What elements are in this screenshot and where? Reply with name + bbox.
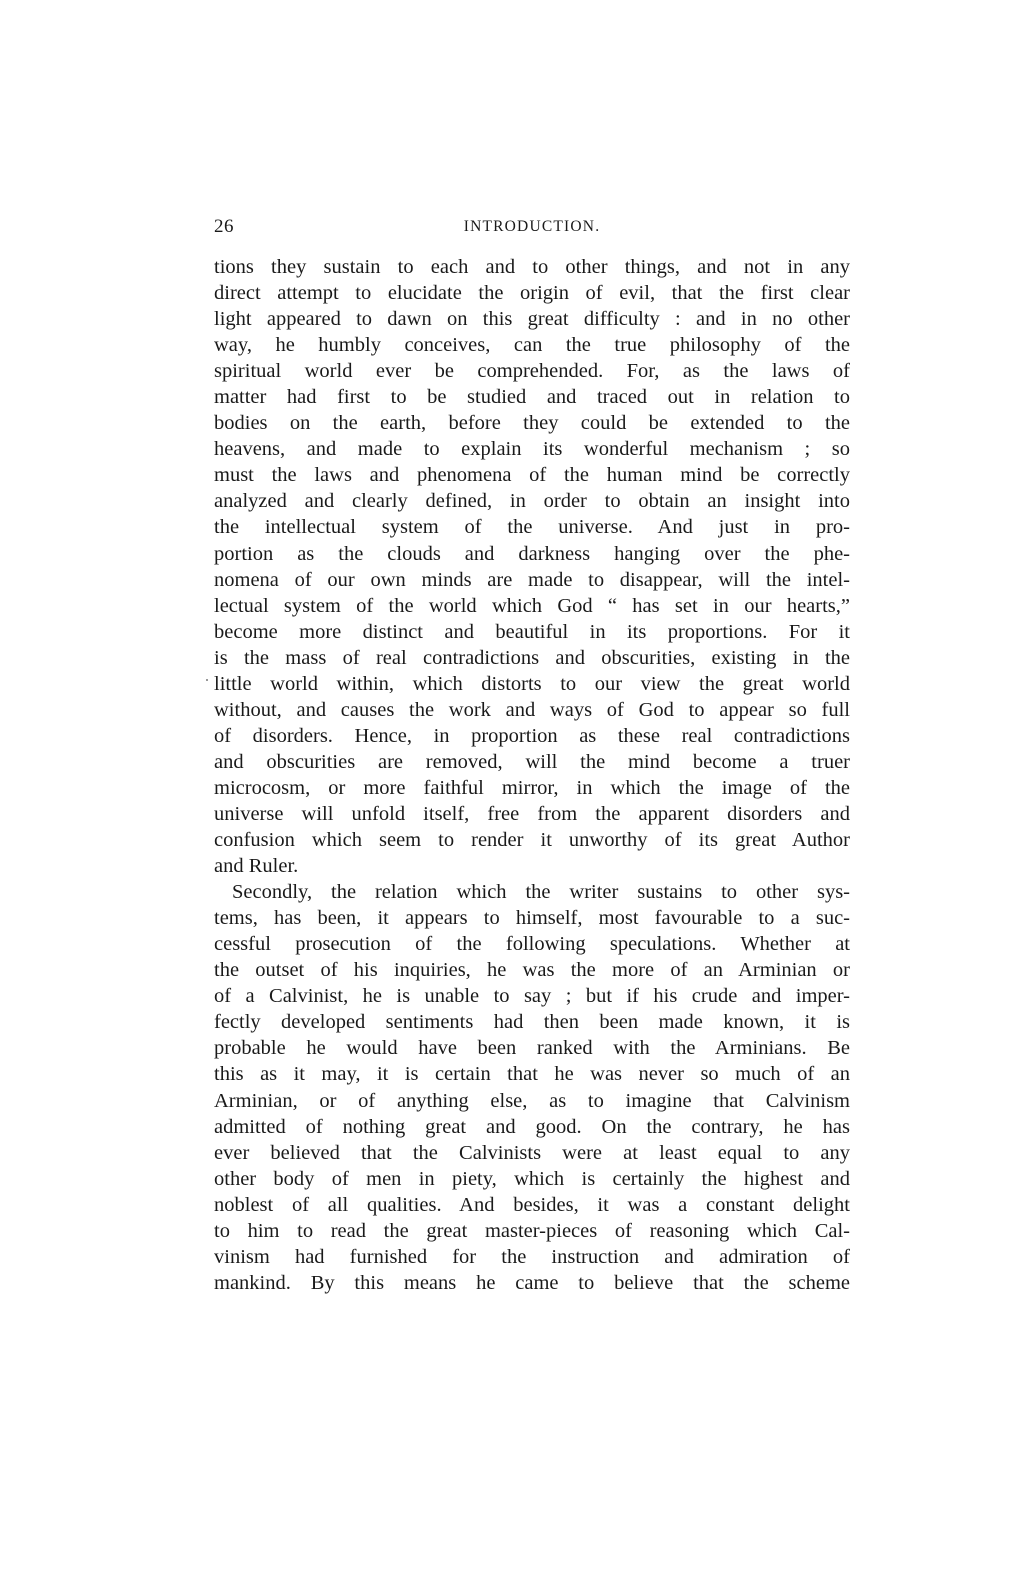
text-line: probable he would have been ranked with … bbox=[214, 1035, 850, 1061]
text-line: direct attempt to elucidate the origin o… bbox=[214, 280, 850, 306]
text-line: spiritual world ever be comprehended. Fo… bbox=[214, 358, 850, 384]
text-line: become more distinct and beautiful in it… bbox=[214, 619, 850, 645]
print-speck bbox=[402, 889, 404, 891]
text-line: lectual system of the world which God “ … bbox=[214, 593, 850, 619]
text-line: the intellectual system of the universe.… bbox=[214, 514, 850, 540]
text-line: way, he humbly conceives, can the true p… bbox=[214, 332, 850, 358]
text-line: fectly developed sentiments had then bee… bbox=[214, 1009, 850, 1035]
text-line: tions they sustain to each and to other … bbox=[214, 254, 850, 280]
text-line: without, and causes the work and ways of… bbox=[214, 697, 850, 723]
text-line: admitted of nothing great and good. On t… bbox=[214, 1114, 850, 1140]
text-line: analyzed and clearly defined, in order t… bbox=[214, 488, 850, 514]
text-line: cessful prosecution of the following spe… bbox=[214, 931, 850, 957]
text-line: must the laws and phenomena of the human… bbox=[214, 462, 850, 488]
paragraph-1: tions they sustain to each and to other … bbox=[214, 254, 850, 879]
body-text: tions they sustain to each and to other … bbox=[214, 254, 850, 1296]
text-line: tems, has been, it appears to himself, m… bbox=[214, 905, 850, 931]
text-line: confusion which seem to render it unwort… bbox=[214, 827, 850, 853]
running-title: INTRODUCTION. bbox=[214, 218, 850, 236]
paragraph-2: Secondly, the relation which the writer … bbox=[214, 879, 850, 1296]
text-line: other body of men in piety, which is cer… bbox=[214, 1166, 850, 1192]
book-page: 26 INTRODUCTION. tions they sustain to e… bbox=[0, 0, 1011, 1580]
text-line: and Ruler. bbox=[214, 853, 850, 879]
text-line: of disorders. Hence, in proportion as th… bbox=[214, 723, 850, 749]
text-line: vinism had furnished for the instruction… bbox=[214, 1244, 850, 1270]
text-line: Arminian, or of anything else, as to ima… bbox=[214, 1088, 850, 1114]
print-speck bbox=[206, 679, 208, 681]
text-line: portion as the clouds and darkness hangi… bbox=[214, 541, 850, 567]
text-line: of a Calvinist, he is unable to say ; bu… bbox=[214, 983, 850, 1009]
text-line: this as it may, it is certain that he wa… bbox=[214, 1061, 850, 1087]
text-line: the outset of his inquiries, he was the … bbox=[214, 957, 850, 983]
text-line: to him to read the great master-pieces o… bbox=[214, 1218, 850, 1244]
text-line: heavens, and made to explain its wonderf… bbox=[214, 436, 850, 462]
text-line: Secondly, the relation which the writer … bbox=[214, 879, 850, 905]
text-line: bodies on the earth, before they could b… bbox=[214, 410, 850, 436]
text-line: universe will unfold itself, free from t… bbox=[214, 801, 850, 827]
text-line: nomena of our own minds are made to disa… bbox=[214, 567, 850, 593]
text-line: light appeared to dawn on this great dif… bbox=[214, 306, 850, 332]
text-line: microcosm, or more faithful mirror, in w… bbox=[214, 775, 850, 801]
text-line: mankind. By this means he came to believ… bbox=[214, 1270, 850, 1296]
text-line: is the mass of real contradictions and o… bbox=[214, 645, 850, 671]
text-line: noblest of all qualities. And besides, i… bbox=[214, 1192, 850, 1218]
text-line: and obscurities are removed, will the mi… bbox=[214, 749, 850, 775]
text-line: ever believed that the Calvinists were a… bbox=[214, 1140, 850, 1166]
text-line: matter had first to be studied and trace… bbox=[214, 384, 850, 410]
running-head: 26 INTRODUCTION. bbox=[214, 216, 850, 242]
text-line: little world within, which distorts to o… bbox=[214, 671, 850, 697]
